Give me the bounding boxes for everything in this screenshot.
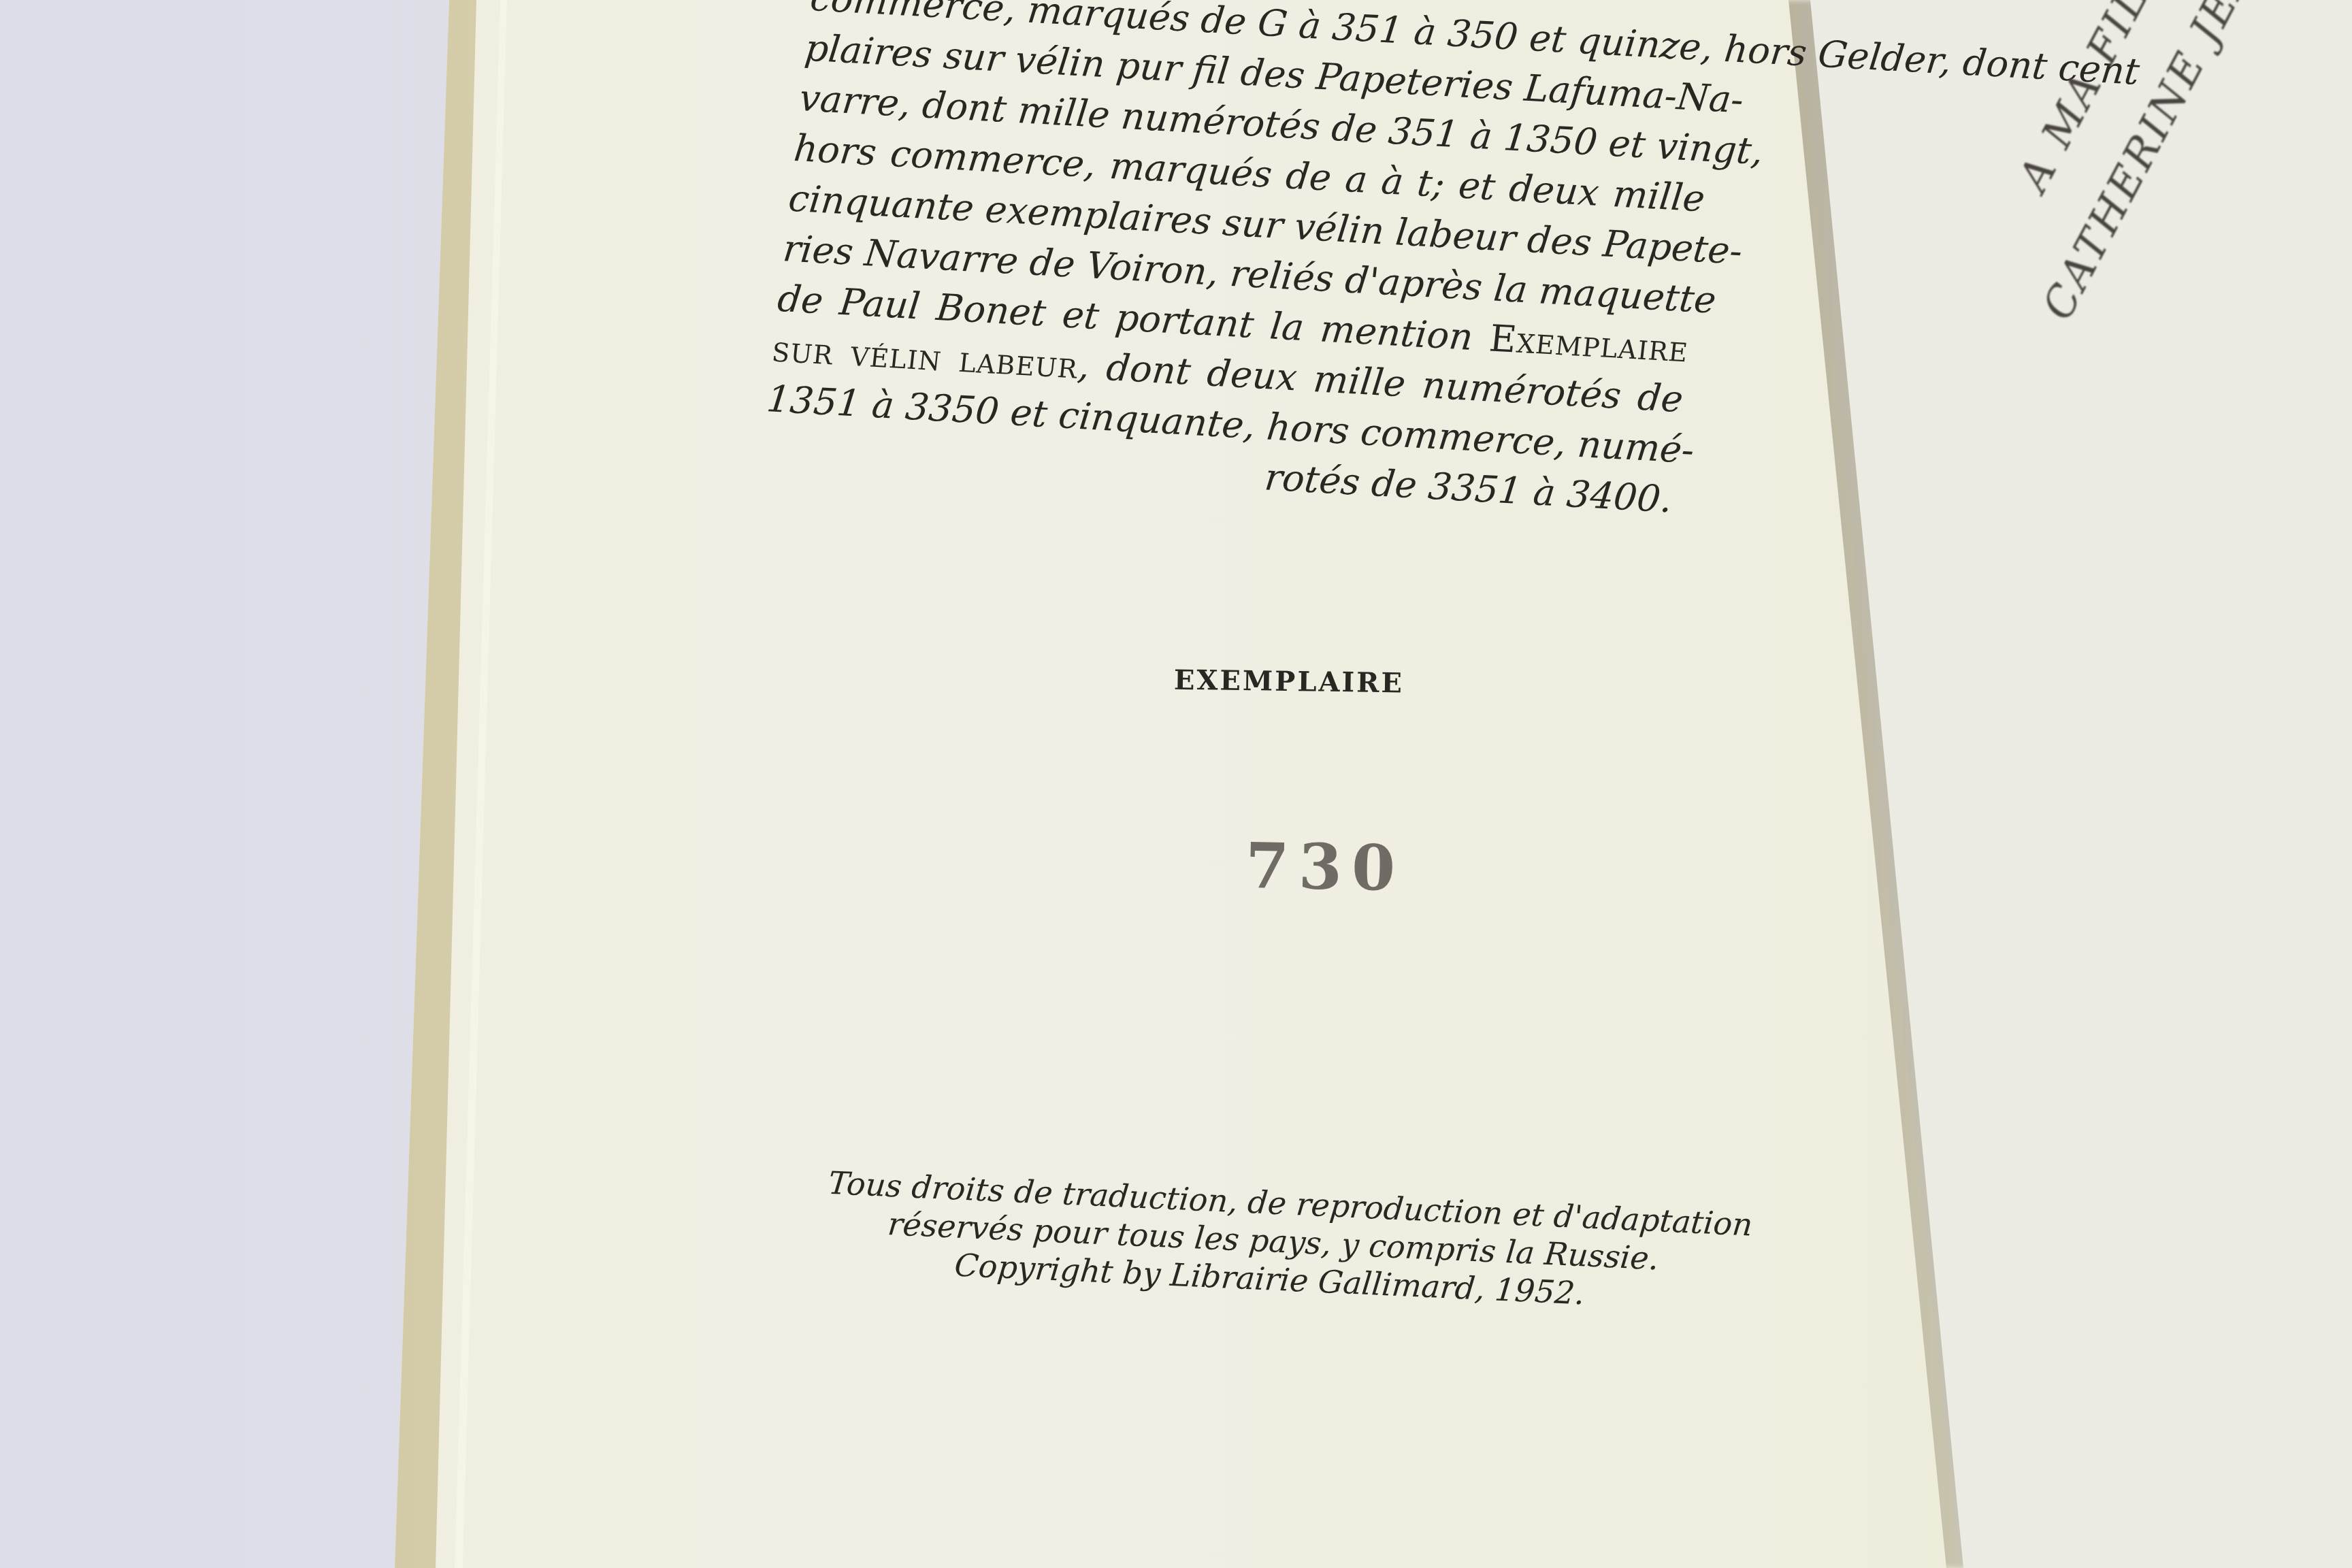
- book-photo: commerce, marqués de G à 351 à 350 et qu…: [0, 0, 2352, 1568]
- justification-du-tirage: commerce, marqués de G à 351 à 350 et qu…: [759, 0, 1724, 525]
- copy-label: EXEMPLAIRE: [1174, 664, 1405, 700]
- mention-exemplaire: Exemplaire: [1487, 316, 1690, 370]
- copy-number-stamp: 730: [1245, 829, 1405, 905]
